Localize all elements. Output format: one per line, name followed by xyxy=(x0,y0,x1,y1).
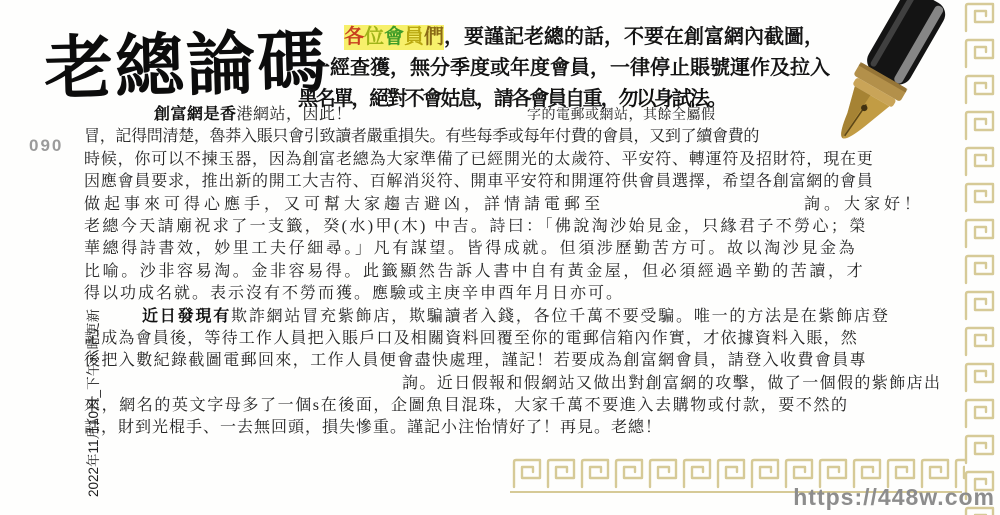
text-segment: 近日發現有 xyxy=(142,308,231,325)
text-segment: 的話，不要在創富網內截圖， xyxy=(564,26,824,48)
text-segment: 來，網名的英文字母多了一個s在後面，企圖魚目混珠，大家千萬不要進入去購物或付款，… xyxy=(84,397,849,414)
erased-gap xyxy=(352,115,527,116)
erased-gap xyxy=(84,115,154,116)
member-call-char: 位 xyxy=(364,25,384,50)
text-segment: 創富網是香 xyxy=(154,106,237,123)
fountain-pen-icon xyxy=(800,0,970,163)
text-line: 因應會員要求，推出新的開工大吉符、百解消災符、開車平安符和開運符供會員選擇，希望… xyxy=(84,171,974,193)
text-line: 近日發現有欺詐網站冒充紫飾店，欺騙讀者入錢，各位千萬不要受騙。唯一的方法是在紫飾… xyxy=(84,306,974,328)
text-line: 做起事來可得心應手，又可幫大家趨吉避凶，詳情請電郵至詢。大家好！ xyxy=(84,194,974,216)
text-segment: 老總 xyxy=(524,26,564,48)
text-segment: 老總今天請廟祝求了一支籤，癸(水)甲(木) 中吉。詩曰：「佛說淘沙始見金，只緣君… xyxy=(84,218,868,235)
text-segment: 一經查獲，無分季度或年度會員，一律停止賬號運作及拉入 xyxy=(310,57,830,79)
member-call-char: 員 xyxy=(404,25,424,50)
text-segment: 詢。近日假報和假網站又做出對創富網的攻擊，做了一個假的紫飾店出 xyxy=(402,375,941,392)
text-line: 得以功成名就。表示沒有不勞而獲。應驗或主庚辛申酉年月日亦可。 xyxy=(84,283,974,305)
text-segment: 因應會員要求，推出新的開工大吉符、百解消災符、開車平安符和開運符供會員選擇，希望… xyxy=(84,173,874,190)
text-segment: 記 xyxy=(504,26,524,48)
page-number: 090 xyxy=(29,136,63,156)
erased-gap xyxy=(84,384,402,385)
text-line: 一經查獲，無分季度或年度會員，一律停止賬號運作及拉入 xyxy=(310,53,883,84)
member-call-char: 們 xyxy=(424,25,444,50)
member-call-char: 會 xyxy=(384,25,404,50)
text-segment: ，要謹 xyxy=(444,26,504,48)
text-segment: 話，財到光棍手、一去無回頭，損失慘重。謹記小注怡情好了！再見。老總！ xyxy=(84,419,662,436)
text-segment: 冒，記得問清楚，魯莽入賬只會引致讀者嚴重損失。有些每季或每年付費的會員，又到了續… xyxy=(84,128,759,145)
text-segment: 時候，你可以不揀玉器，因為創富老總為大家準備了已經開光的太歲符、平安符、轉運符及… xyxy=(84,151,874,168)
update-date-note: 2022年11月10日_下午六時更新 xyxy=(82,297,102,497)
text-line: 詢。近日假報和假網站又做出對創富網的攻擊，做了一個假的紫飾店出 xyxy=(84,373,974,395)
member-warning-notice: 各位會員們，要謹記老總的話，不要在創富網內截圖，一經查獲，無分季度或年度會員，一… xyxy=(298,22,883,115)
text-line: 華總得詩書效，妙里工夫仔細尋。」凡有謀望。皆得成就。但須涉歷勤苦方可。故以淘沙見… xyxy=(84,238,974,260)
text-line: 比喻。沙非容易淘。金非容易得。此籤顯然告訴人書中自有黃金屋，但必須經過辛勤的苦讀… xyxy=(84,261,974,283)
text-segment: 詢。大家好！ xyxy=(804,196,924,213)
text-segment: 後把入數紀錄截圖電郵回來，工作人員便會盡快處理，謹記！若要成為創富網會員，請登入… xyxy=(84,352,867,369)
page-title: 老總論碼 xyxy=(43,6,329,112)
text-line: 後把入數紀錄截圖電郵回來，工作人員便會盡快處理，謹記！若要成為創富網會員，請登入… xyxy=(84,350,974,372)
scanned-notice-page: 老總論碼 各位會員們，要謹記老總的話，不要在創富網內截圖，一經查獲，無分季度或年… xyxy=(0,0,1000,515)
member-call-highlight: 各位會員們 xyxy=(344,25,444,50)
erased-gap xyxy=(604,204,804,205)
text-line: 老總今天請廟祝求了一支籤，癸(水)甲(木) 中吉。詩曰：「佛說淘沙始見金，只緣君… xyxy=(84,216,974,238)
text-line: 話，財到光棍手、一去無回頭，損失慘重。謹記小注怡情好了！再見。老總！ xyxy=(84,417,974,439)
member-call-char: 各 xyxy=(344,25,364,50)
text-segment: 港網站，因此！ xyxy=(237,106,353,123)
text-segment: 華總得詩書效，妙里工夫仔細尋。」凡有謀望。皆得成就。但須涉歷勤苦方可。故以淘沙見… xyxy=(84,240,857,257)
text-segment: 比喻。沙非容易淘。金非容易得。此籤顯然告訴人書中自有黃金屋，但必須經過辛勤的苦讀… xyxy=(84,263,865,280)
text-segment: 記成為會員後，等待工作人員把入賬戶口及相關資料回覆至你的電郵信箱內作實，才依據資… xyxy=(84,330,858,347)
text-segment: 字的電郵或網站，其餘全屬假 xyxy=(527,108,716,123)
site-watermark: https://448w.com xyxy=(793,484,995,511)
text-line: 記成為會員後，等待工作人員把入賬戶口及相關資料回覆至你的電郵信箱內作實，才依據資… xyxy=(84,328,974,350)
text-segment: 做起事來可得心應手，又可幫大家趨吉避凶，詳情請電郵至 xyxy=(84,196,604,213)
text-line: 來，網名的英文字母多了一個s在後面，企圖魚目混珠，大家千萬不要進入去購物或付款，… xyxy=(84,395,974,417)
text-segment: 得以功成名就。表示沒有不勞而獲。應驗或主庚辛申酉年月日亦可。 xyxy=(84,285,624,302)
text-segment: 欺詐網站冒充紫飾店，欺騙讀者入錢，各位千萬不要受騙。唯一的方法是在紫飾店登 xyxy=(231,308,890,325)
